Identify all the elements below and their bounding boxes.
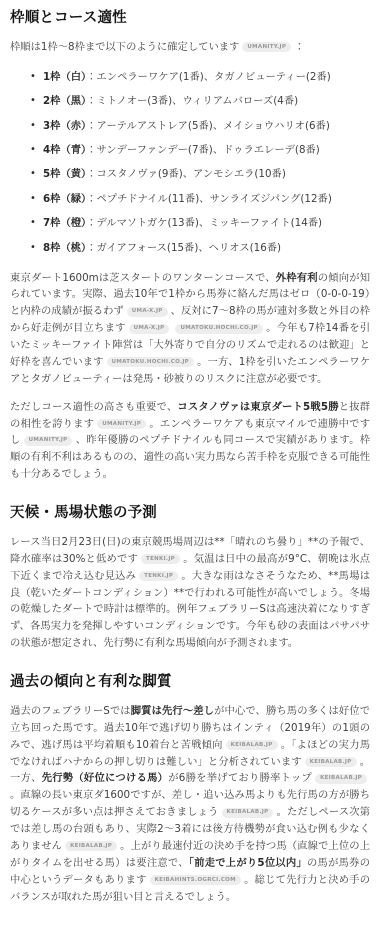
- list-item: 2枠（黒）：ミトノオー(3番)、ウィリアムバローズ(4番): [30, 94, 370, 109]
- citation-badge[interactable]: UMATOKU.HOCHI.CO.JP: [107, 357, 194, 367]
- citation-badge[interactable]: UMATOKU.HOCHI.CO.JP: [175, 324, 262, 334]
- citation-badge[interactable]: UMANITY.JP: [242, 42, 291, 52]
- bold-text: 2枠（黒）: [43, 95, 86, 107]
- document-body: 枠順とコース適性枠順は1枠～8枠まで以下のように確定していますUMANITY.J…: [0, 0, 380, 928]
- citation-badge[interactable]: KEIBALAB.JP: [222, 808, 274, 818]
- bold-text: 1枠（白）: [43, 71, 86, 83]
- bold-text: 7枠（橙）: [43, 217, 86, 229]
- frame-draw-list: 1枠（白）：エンペラーワケア(1番)、タガノビューティー(2番)2枠（黒）：ミト…: [10, 70, 370, 256]
- citation-badge[interactable]: KEIBALAB.JP: [65, 841, 117, 851]
- bold-text: 外枠有利: [276, 272, 318, 284]
- list-item: 6枠（緑）：ペプチドナイル(11番)、サンライズジパング(12番): [30, 192, 370, 207]
- citation-badge[interactable]: UMANITY.JP: [97, 419, 146, 429]
- bold-text: 脚質は先行～差し: [131, 705, 214, 717]
- list-item: 3枠（赤）：アーテルアストレア(5番)、メイショウハリオ(6番): [30, 119, 370, 134]
- citation-badge[interactable]: KEIBALAB.JP: [226, 740, 278, 750]
- list-item: 5枠（黄）：コスタノヴァ(9番)、アンモシエラ(10番): [30, 167, 370, 182]
- citation-badge[interactable]: UMA-X.JP: [127, 307, 168, 317]
- citation-badge[interactable]: UMA-X.JP: [129, 324, 170, 334]
- paragraph: ただしコース適性の高さも重要で、コスタノヴァは東京ダート5戦5勝と抜群の相性を誇…: [10, 399, 370, 483]
- bold-text: コスタノヴァは東京ダート5戦5勝: [177, 401, 338, 413]
- citation-badge[interactable]: KEIBAHINTS.OGRCI.COM: [150, 875, 241, 885]
- bold-text: 8枠（桃）: [43, 242, 86, 254]
- list-item: 1枠（白）：エンペラーワケア(1番)、タガノビューティー(2番): [30, 70, 370, 85]
- list-item: 8枠（桃）：ガイアフォース(15番)、ヘリオス(16番): [30, 241, 370, 256]
- paragraph: 過去のフェブラリーSでは脚質は先行～差しが中心で、勝ち馬の多くは好位で立ち回った…: [10, 703, 370, 906]
- paragraph: 枠順は1枠～8枠まで以下のように確定していますUMANITY.JP：: [10, 39, 370, 56]
- citation-badge[interactable]: TENKI.JP: [141, 554, 180, 564]
- list-item: 4枠（青）：サンデーファンデー(7番)、ドゥラエレーデ(8番): [30, 143, 370, 158]
- bold-text: 5枠（黄）: [43, 168, 86, 180]
- paragraph: レース当日2月23日(日)の東京競馬場周辺は**「晴れのち曇り」**の予報で、降…: [10, 534, 370, 652]
- list-item: 7枠（橙）：デルマソトガケ(13番)、ミッキーファイト(14番): [30, 216, 370, 231]
- section-heading: 過去の傾向と有利な脚質: [10, 673, 370, 692]
- bold-text: 3枠（赤）: [43, 120, 86, 132]
- paragraph: 東京ダート1600mは芝スタートのワンターンコースで、外枠有利の傾向が知られてい…: [10, 270, 370, 388]
- citation-badge[interactable]: TENKI.JP: [139, 571, 178, 581]
- section-heading: 天候・馬場状態の予測: [10, 504, 370, 523]
- citation-badge[interactable]: KEIBALAB.JP: [315, 774, 367, 784]
- bold-text: 「前走で上がり5位以内」: [189, 857, 307, 869]
- bold-text: 4枠（青）: [43, 144, 86, 156]
- citation-badge[interactable]: KEIBALAB.JP: [305, 757, 357, 767]
- bold-text: 先行勢（好位につける馬）: [42, 772, 169, 784]
- citation-badge[interactable]: UMANITY.JP: [24, 436, 73, 446]
- bold-text: 6枠（緑）: [43, 193, 86, 205]
- section-heading: 枠順とコース適性: [10, 9, 370, 28]
